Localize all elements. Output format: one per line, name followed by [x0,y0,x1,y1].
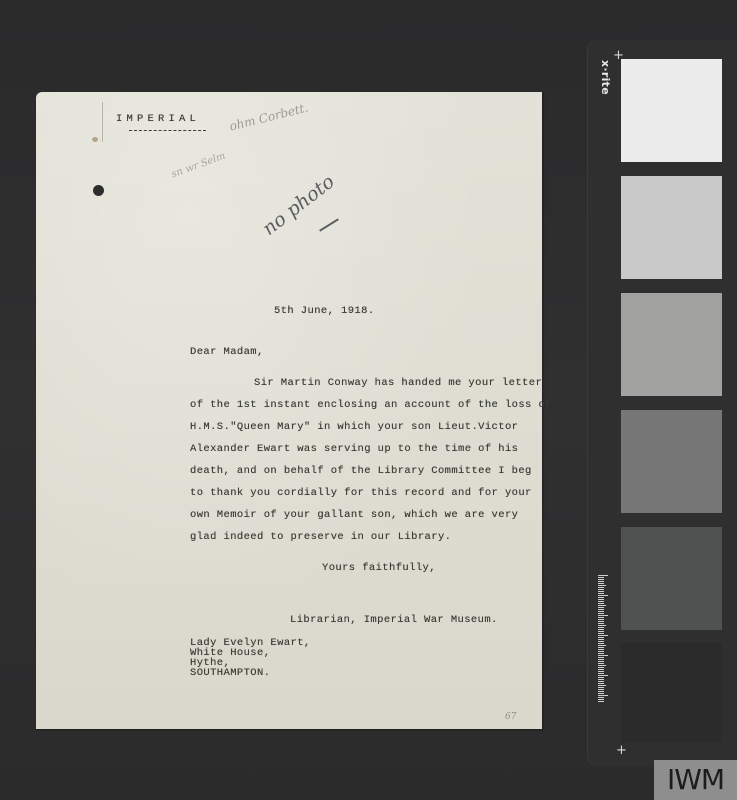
gray-patch-dark [621,527,722,630]
body-line: own Memoir of your gallant son, which we… [190,509,518,521]
ruler-tick [598,633,604,634]
ruler-tick [598,653,604,654]
ruler-tick [598,597,604,598]
address-line: SOUTHAMPTON. [190,668,270,678]
ruler-tick [598,585,606,586]
ruler-tick [598,603,604,604]
body-line: H.M.S."Queen Mary" in which your son Lie… [190,421,518,433]
punch-hole [93,185,104,196]
ruler-tick [598,691,604,692]
gray-patch-mid [621,410,722,513]
body-line: death, and on behalf of the Library Comm… [190,465,532,477]
ruler-tick [598,679,604,680]
ruler-tick [598,575,608,576]
ruler-tick [598,683,604,684]
ruler-tick [598,701,604,702]
ruler-tick [598,589,604,590]
gray-patch-mid-light [621,293,722,396]
ruler-tick [598,577,604,578]
ruler-tick [598,625,606,626]
letter-date: 5th June, 1918. [274,305,375,317]
body-line: Alexander Ewart was serving up to the ti… [190,443,518,455]
ruler-tick [598,669,604,670]
xrite-brand-label: x·rite [599,60,612,95]
ruler-tick [598,645,606,646]
iwm-watermark: IWM [654,760,737,800]
ruler-tick [598,659,604,660]
ruler-tick [598,661,604,662]
ruler-tick [598,579,604,580]
ruler-tick [598,611,604,612]
ruler-tick [598,635,608,636]
ruler-tick [598,617,604,618]
ruler-tick [598,687,604,688]
ruler-tick [598,587,604,588]
ruler-tick [598,631,604,632]
ruler-tick [598,621,604,622]
ruler-tick [598,601,604,602]
body-line: glad indeed to preserve in our Library. [190,531,451,543]
ruler-tick [598,643,604,644]
ruler-tick [598,647,604,648]
gray-patch-black [621,643,722,743]
paper-stain [92,137,98,142]
ruler-tick [598,675,608,676]
ruler-tick [598,593,604,594]
ruler-tick [598,599,604,600]
ruler-tick [598,629,604,630]
ruler-tick [598,689,604,690]
ruler-tick [598,619,604,620]
ruler-tick [598,623,604,624]
ruler-tick [598,649,604,650]
ruler-tick [598,685,606,686]
ruler-tick [598,607,604,608]
ruler-tick [598,695,608,696]
ruler-tick [598,595,608,596]
ruler-tick [598,651,604,652]
ruler-tick [598,699,604,700]
ruler-tick [598,667,604,668]
crosshair-icon: + [616,744,627,757]
body-line: of the 1st instant enclosing an account … [190,399,552,411]
ruler-tick [598,663,604,664]
ruler-tick [598,677,604,678]
letterhead-underline [129,130,206,131]
body-line: to thank you cordially for this record a… [190,487,532,499]
ruler-tick [598,693,604,694]
ruler-tick [598,697,604,698]
ruler-tick [598,671,604,672]
ruler-tick [598,655,608,656]
ruler-tick [598,581,604,582]
ruler-tick [598,681,604,682]
ruler-tick [598,615,608,616]
ruler-tick [598,641,604,642]
xrite-logo-icon: x·rite [596,60,612,120]
ruler-tick [598,657,604,658]
body-line: Sir Martin Conway has handed me your let… [254,377,542,389]
ruler-tick [598,637,604,638]
gray-patch-white [621,59,722,162]
gray-patch-light [621,176,722,279]
ruler-tick [598,591,604,592]
letter-salutation: Dear Madam, [190,346,264,358]
letter-closing: Yours faithfully, [322,562,436,574]
paper-crease [102,102,103,142]
ruler-tick [598,665,606,666]
ruler-tick [598,583,604,584]
ruler-tick [598,673,604,674]
letterhead-heading: IMPERIAL [116,113,200,125]
ruler-tick [598,609,604,610]
folio-number: 67 [505,712,516,722]
ruler-tick [598,613,604,614]
ruler-tick [598,627,604,628]
ruler-tick [598,605,606,606]
ruler-scale-icon [598,575,608,715]
ruler-tick [598,639,604,640]
letter-signature: Librarian, Imperial War Museum. [290,614,498,626]
